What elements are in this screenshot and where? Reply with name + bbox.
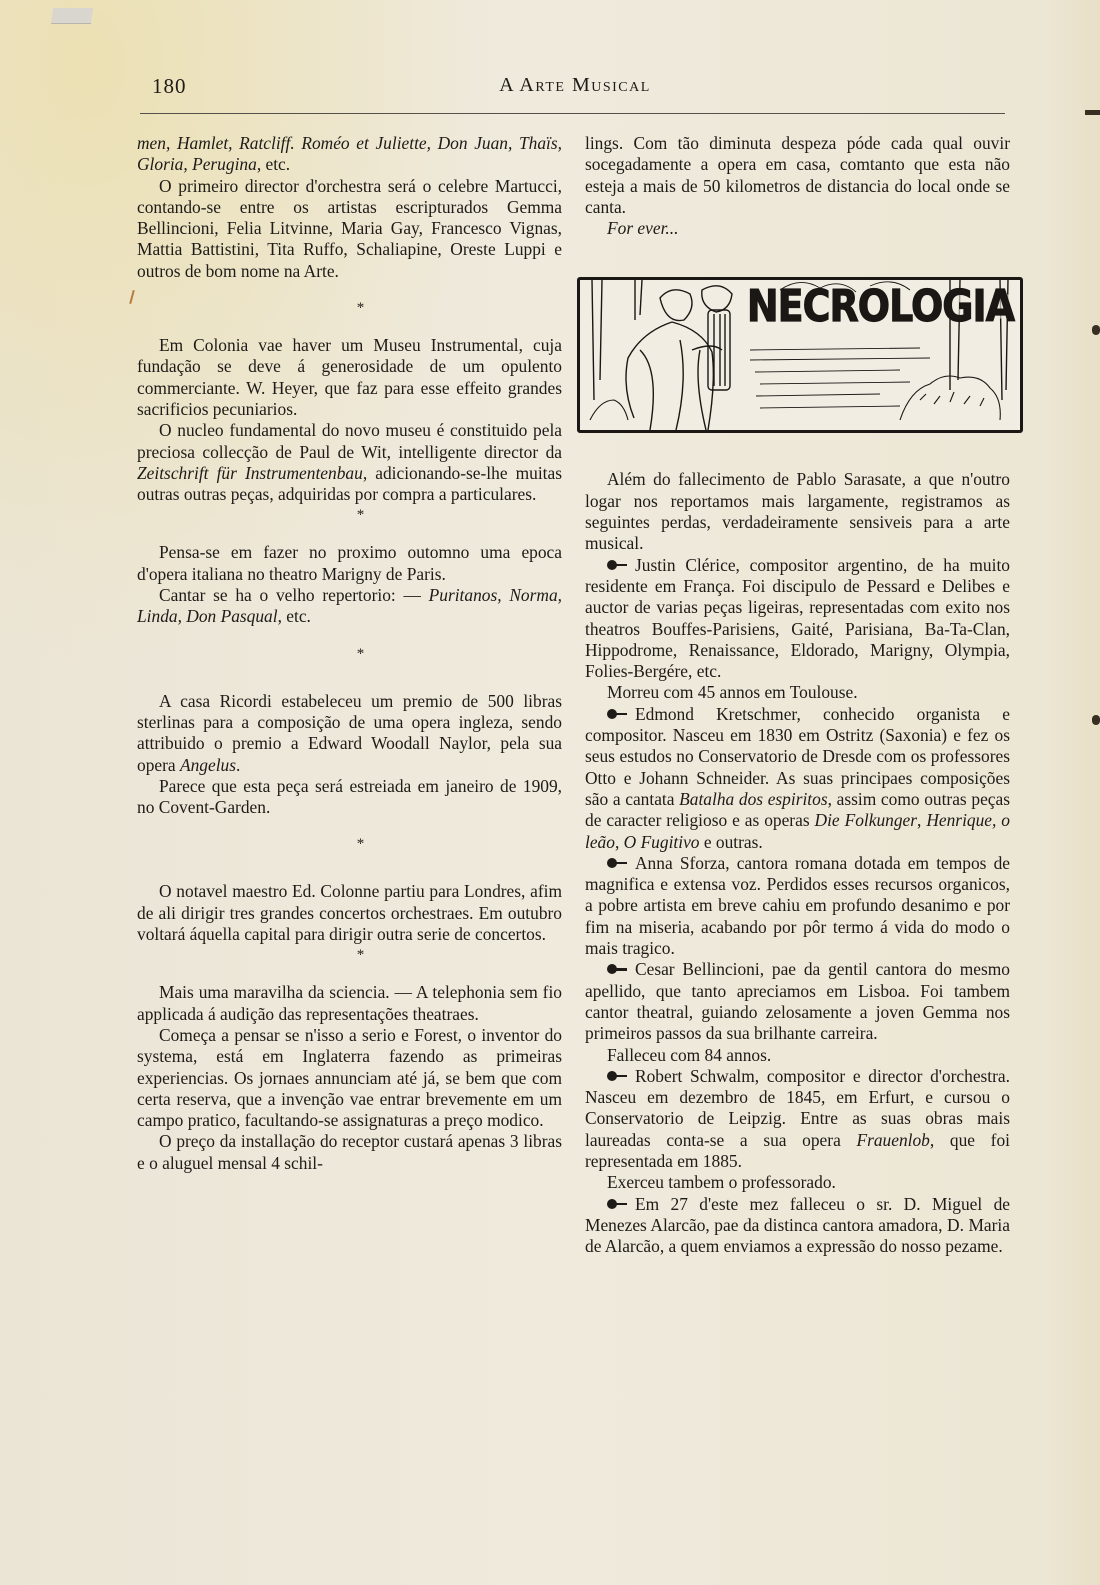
paragraph: Em Colonia vae haver um Museu Instrument…	[137, 335, 562, 420]
work-title: Frauenlob	[856, 1130, 929, 1150]
obituary-entry: Anna Sforza, cantora romana dotada em te…	[585, 853, 1010, 959]
right-column: lings. Com tão diminuta despeza póde cad…	[585, 133, 1010, 1257]
header-rule	[140, 113, 1005, 114]
closing-phrase: For ever...	[607, 218, 678, 238]
pointing-bullet-icon	[607, 964, 629, 974]
text: e outras.	[700, 832, 763, 852]
obituary-entry: Justin Clérice, compositor argentino, de…	[585, 555, 1010, 683]
paragraph: O nucleo fundamental do novo museu é con…	[137, 420, 562, 505]
banner-title: NECROLOGIA	[745, 295, 1016, 319]
running-title: A Arte Musical	[140, 74, 1010, 97]
paper-scrap	[51, 8, 93, 24]
edge-mark	[1092, 715, 1100, 725]
text: .	[236, 755, 240, 775]
text: O nucleo fundamental do novo museu é con…	[137, 420, 562, 461]
journal-title: Zeitschrift für Instrumentenbau	[137, 463, 363, 483]
pointing-bullet-icon	[607, 560, 629, 570]
paragraph: men, Hamlet, Ratcliff. Roméo et Juliette…	[137, 133, 562, 176]
obituary-entry: Edmond Kretschmer, conhecido organista e…	[585, 704, 1010, 853]
text: Em 27 d'este mez falleceu o sr. D. Migue…	[585, 1194, 1010, 1257]
edge-mark	[1092, 325, 1100, 335]
paragraph: O primeiro director d'orchestra será o c…	[137, 176, 562, 282]
necrologia-banner: NECROLOGIA	[577, 277, 1023, 433]
section-separator: *	[137, 644, 562, 665]
paragraph: A casa Ricordi estabeleceu um premio de …	[137, 691, 562, 776]
paragraph: For ever...	[585, 218, 1010, 239]
pointing-bullet-icon	[607, 858, 629, 868]
paragraph: lings. Com tão diminuta despeza póde cad…	[585, 133, 1010, 218]
pointing-bullet-icon	[607, 1071, 629, 1081]
paragraph: O notavel maestro Ed. Colonne partiu par…	[137, 881, 562, 945]
pointing-bullet-icon	[607, 709, 629, 719]
paragraph: Começa a pensar se n'isso a serio e Fore…	[137, 1025, 562, 1131]
paragraph: Mais uma maravilha da sciencia. — A tele…	[137, 982, 562, 1025]
text: ,	[917, 810, 926, 830]
paragraph: O preço da installação do receptor custa…	[137, 1131, 562, 1174]
paragraph: Além do fallecimento de Pablo Sarasate, …	[585, 469, 1010, 554]
pointing-bullet-icon	[607, 1199, 629, 1209]
section-separator: *	[137, 298, 562, 319]
paragraph: Morreu com 45 annos em Toulouse.	[585, 682, 1010, 703]
opera-title: Angelus	[180, 755, 236, 775]
text: Cesar Bellincioni, pae da gentil cantora…	[585, 959, 1010, 1043]
text: Justin Clérice, compositor argentino, de…	[585, 555, 1010, 681]
paragraph: Parece que esta peça será estreiada em j…	[137, 776, 562, 819]
section-separator: *	[137, 834, 562, 855]
section-separator: *	[137, 945, 562, 966]
work-title: O Fugitivo	[624, 832, 700, 852]
text: , etc.	[257, 154, 290, 174]
work-title: Die Folkunger	[815, 810, 918, 830]
text: , etc.	[278, 606, 311, 626]
page-header: 180 A Arte Musical	[140, 72, 1010, 102]
text: ,	[615, 832, 624, 852]
left-column: men, Hamlet, Ratcliff. Roméo et Juliette…	[137, 133, 562, 1174]
obituary-entry: Robert Schwalm, compositor e director d'…	[585, 1066, 1010, 1172]
paragraph: Exerceu tambem o professorado.	[585, 1172, 1010, 1193]
paragraph: Falleceu com 84 annos.	[585, 1045, 1010, 1066]
opera-titles: men, Hamlet, Ratcliff. Roméo et Juliette…	[137, 133, 562, 174]
text: Anna Sforza, cantora romana dotada em te…	[585, 853, 1010, 958]
paragraph: Cantar se ha o velho repertorio: — Purit…	[137, 585, 562, 628]
magazine-page: 180 A Arte Musical men, Hamlet, Ratcliff…	[0, 0, 1100, 1585]
obituary-entry: Em 27 d'este mez falleceu o sr. D. Migue…	[585, 1194, 1010, 1258]
margin-mark	[129, 290, 135, 304]
section-separator: *	[137, 505, 562, 526]
work-title: Batalha dos espiritos	[679, 789, 827, 809]
edge-mark	[1085, 110, 1100, 115]
text: Cantar se ha o velho repertorio: —	[159, 585, 429, 605]
obituary-entry: Cesar Bellincioni, pae da gentil cantora…	[585, 959, 1010, 1044]
paragraph: Pensa-se em fazer no proximo outomno uma…	[137, 542, 562, 585]
